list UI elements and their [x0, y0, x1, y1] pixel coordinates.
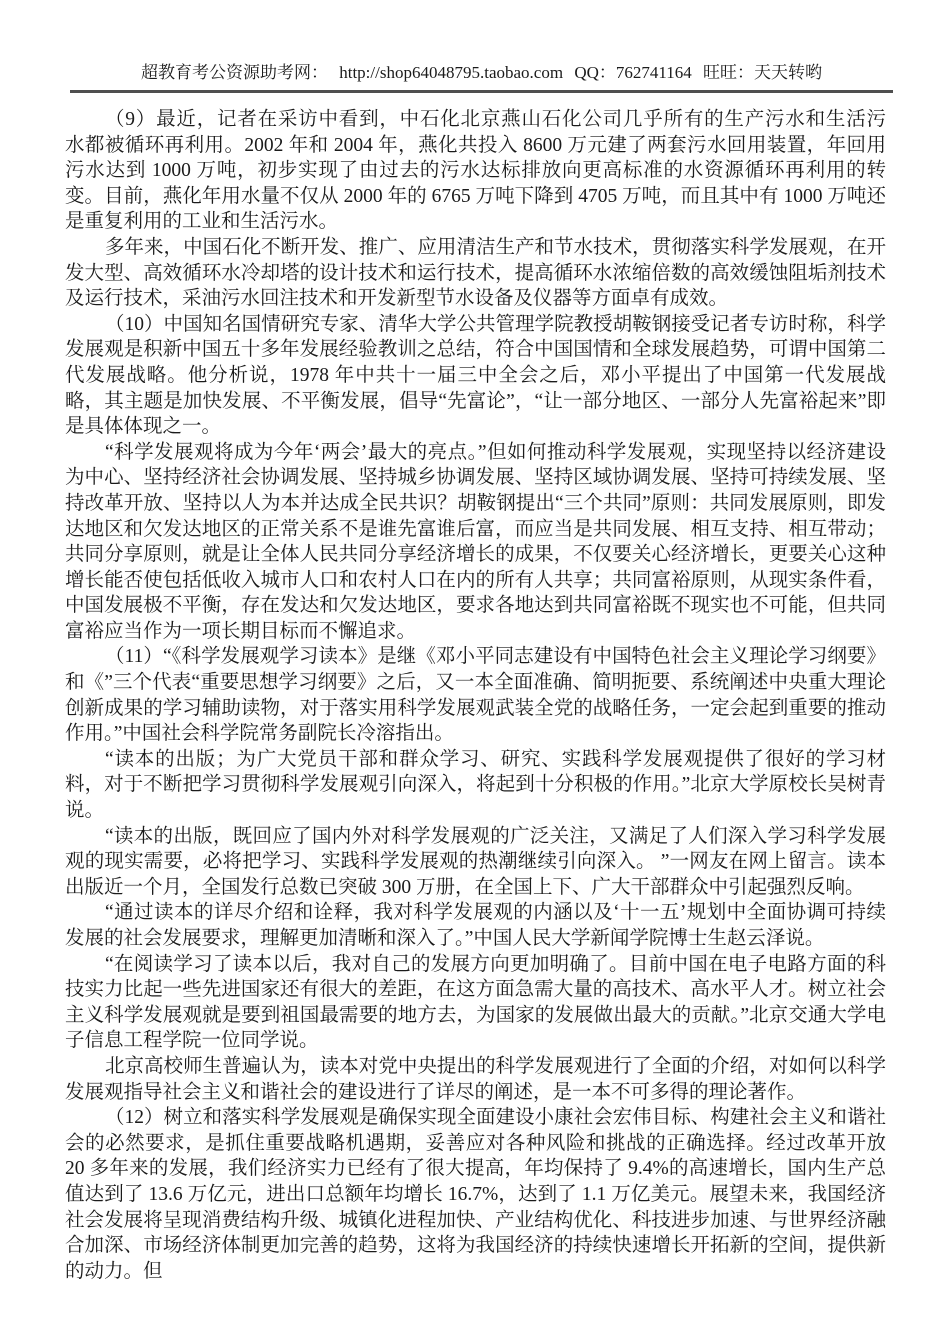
paragraph-9-sinopec-water: （9）最近，记者在采访中看到，中石化北京燕山石化公司几乎所有的生产污水和生活污 … — [65, 107, 886, 235]
paragraph-three-commons-principles: “科学发展观将成为今年‘两会’最大的亮点。”但如何推动科学发展观，实现坚持以经济… — [65, 440, 886, 645]
paragraph-jiaotong-student-comment: “在阅读学习了读本以后，我对自己的发展方向更加明确了。目前中国在电子电路方面的科… — [65, 952, 886, 1054]
qq-contact-label: QQ：762741164 — [574, 58, 691, 83]
paragraph-wu-shuqing-comment: “读本的出版；为广大党员干部和群众学习、研究、实践科学发展观提供了很好的学习材料… — [65, 747, 886, 824]
paragraph-netizen-comment: “读本的出版，既回应了国内外对科学发展观的广泛关注，又满足了人们深入学习科学发展… — [65, 824, 886, 901]
paragraph-beijing-universities-view: 北京高校师生普遍认为，读本对党中央提出的科学发展观进行了全面的介绍，对如何以科学… — [65, 1054, 886, 1105]
paragraph-zhao-yunze-comment: “通过读本的详尽介绍和诠释，我对科学发展观的内涵以及‘十一五’规划中全面协调可持… — [65, 900, 886, 951]
paragraph-10-hu-angang: （10）中国知名国情研究专家、清华大学公共管理学院教授胡鞍钢接受记者专访时称，科… — [65, 312, 886, 440]
document-body: （9）最近，记者在采访中看到，中石化北京燕山石化公司几乎所有的生产污水和生活污 … — [0, 93, 950, 1284]
site-name-label: 超教育考公资源助考网： — [141, 58, 328, 83]
shop-url-text: http://shop64048795.taobao.com — [339, 63, 563, 83]
wangwang-contact-label: 旺旺：天天转哟 — [703, 58, 822, 83]
page-header: 超教育考公资源助考网： http://shop64048795.taobao.c… — [70, 0, 893, 93]
paragraph-sinopec-technology: 多年来，中国石化不断开发、推广、应用清洁生产和节水技术，贯彻落实科学发展观，在开… — [65, 235, 886, 312]
document-page: 超教育考公资源助考网： http://shop64048795.taobao.c… — [0, 0, 950, 1344]
paragraph-12-economic-outlook: （12）树立和落实科学发展观是确保实现全面建设小康社会宏伟目标、构建社会主义和谐… — [65, 1105, 886, 1284]
paragraph-11-study-reader-leng-rong: （11）“《科学发展观学习读本》是继《邓小平同志建设有中国特色社会主义理论学习纲… — [65, 644, 886, 746]
